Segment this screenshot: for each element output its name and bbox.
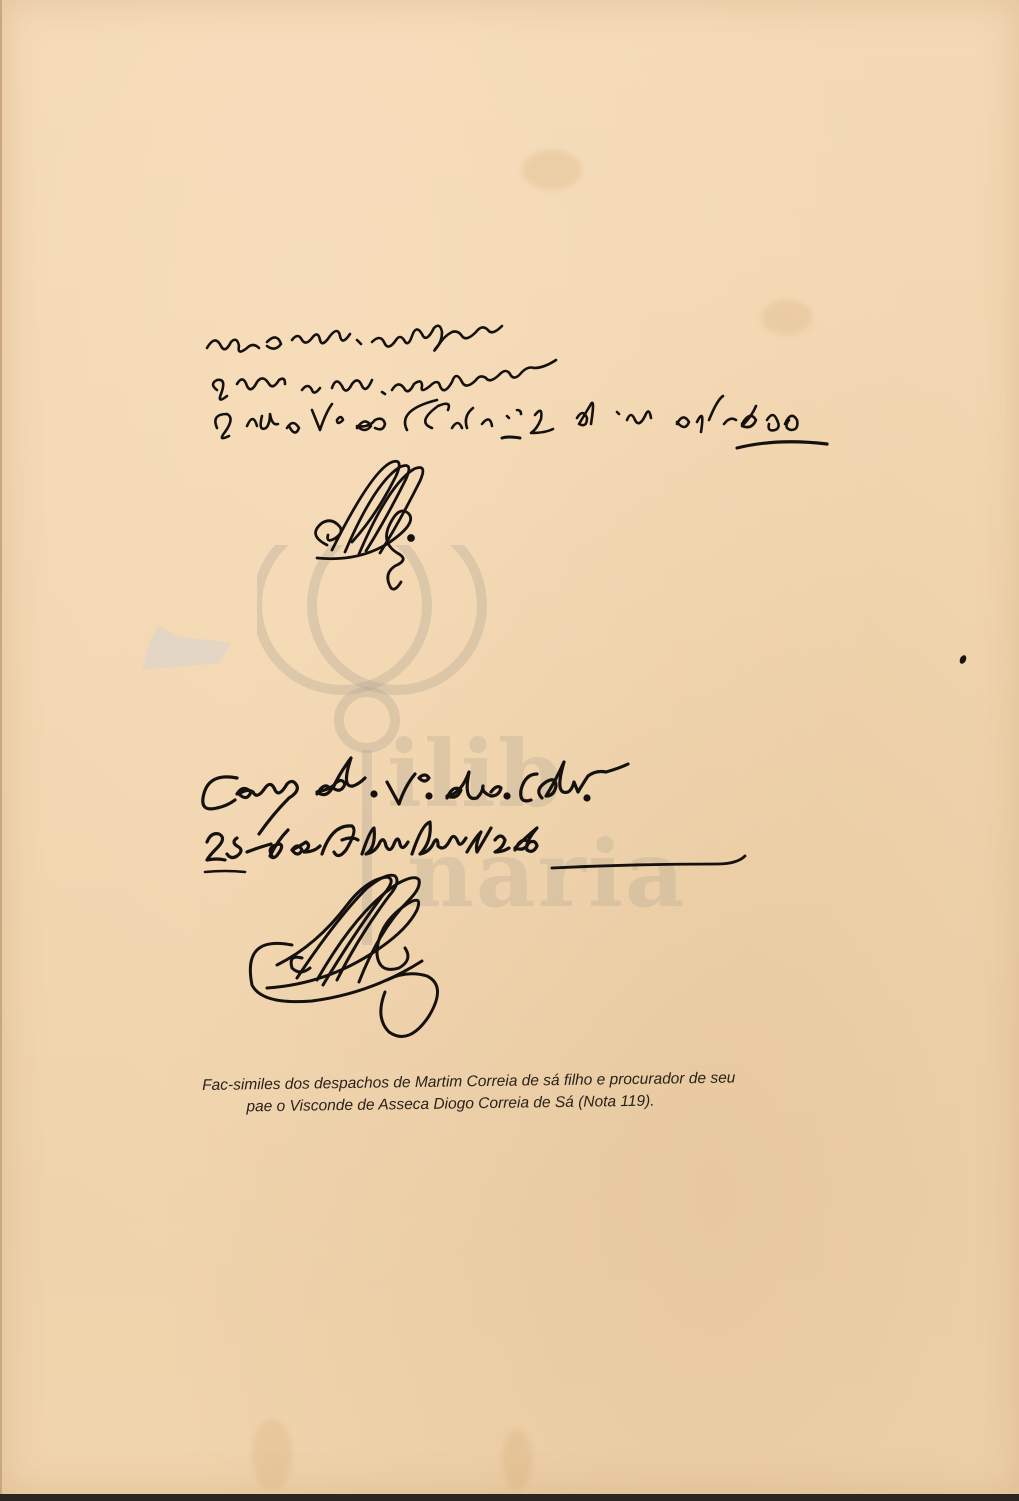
paper-stain [252,1420,292,1490]
paper-stain [522,150,582,190]
signature-1 [297,450,447,595]
signature-2 [237,870,467,1055]
document-page: ilib naria [0,0,1019,1494]
facsimile-1-handwriting [197,320,847,475]
figure-caption: Fac-similes dos despachos de Martim Corr… [202,1065,893,1119]
ink-speck [958,654,967,665]
scan-bottom-edge [0,1494,1019,1501]
paper-stain [502,1430,532,1490]
paper-tear [142,625,232,670]
